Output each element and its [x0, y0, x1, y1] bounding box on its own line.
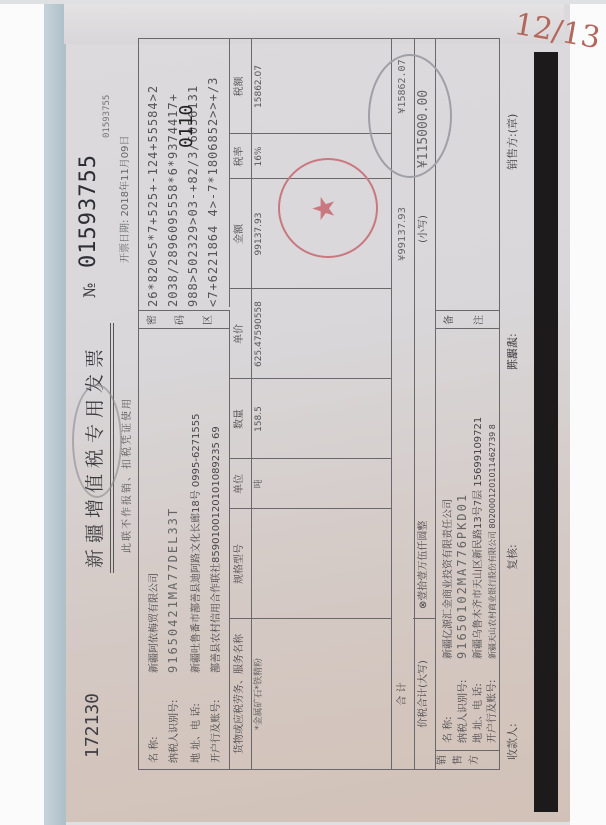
items-header: 货物或应税劳务、服务名称 规格型号 单位 数量 单价 金额 税率 税额 [229, 39, 252, 769]
supervision-seal [72, 384, 122, 498]
red-company-seal: ★ [278, 158, 378, 258]
invoice-number: 01593755 [76, 154, 101, 268]
issue-date: 开票日期: 2018年11月09日 [116, 136, 131, 263]
buyer-name: 名 称:新疆阿依梅贸有限公司 [145, 573, 160, 763]
number-label: № [80, 283, 99, 298]
page-margin-right [570, 4, 606, 825]
password-area-label: 密码区 [139, 310, 230, 329]
item-spec [251, 508, 391, 619]
items-body: *金属矿石*铁精粉 吨 158.5 625.47590558 99137.93 … [251, 39, 391, 769]
seller-tax-id: 纳税人识别号:91650102MA776PKD01 [454, 493, 469, 743]
buyer-bank: 开户行及账号:鄯善县农村信用合作联社8590100120101089235 69 [207, 426, 222, 763]
invoice-subtitle: 此联不作报销、扣税凭证使用 [118, 397, 133, 553]
remarks-label: 备注 [435, 310, 499, 329]
item-qty: 158.5 [251, 378, 391, 459]
item-unit: 吨 [251, 458, 391, 509]
buyer-tax-id: 纳税人识别号:91650421MA77DEL33T [165, 507, 180, 763]
handwritten-number: 0110 [176, 105, 197, 148]
invoice-code: 172130 [82, 693, 103, 758]
seller-bank: 开户行及账号:新疆天山农村商业银行股份有限公司 8020001201011462… [483, 424, 498, 743]
seller-address: 地 址、电 话:新疆乌鲁木齐市天山区新民路13号7层 15699109721 [469, 417, 484, 743]
item-unit-price: 625.47590558 [251, 288, 391, 379]
payee-label: 收款人: [504, 723, 520, 760]
buyer-section: 名 称:新疆阿依梅贸有限公司 纳税人识别号:91650421MA77DEL33T… [139, 328, 230, 769]
item-name: *金属矿石*铁精粉 [251, 618, 391, 769]
password-area: 26*820<5*7+525+-124+55584>2 2038/2896095… [143, 39, 230, 307]
reviewer-label: 复核: [504, 544, 520, 570]
invoice-number-small: 01593755 [102, 95, 112, 138]
seller-section: 销售方 名 称:新疆亿源汇金商业投资有限责任公司 纳税人识别号:91650102… [435, 328, 499, 769]
page-margin-left [0, 4, 46, 825]
seller-name: 名 称:新疆亿源汇金商业投资有限责任公司 [439, 499, 454, 743]
vat-invoice: 172130 新疆增值税专用发票 此联不作报销、扣税凭证使用 № 0159375… [68, 28, 538, 798]
seller-stamp-label: 销售方:(章) [504, 114, 520, 170]
buyer-address: 地 址、电 话:新疆吐鲁番市鄯善县迪阿路文化长廊18号 0995-6271555 [187, 414, 202, 764]
binder-edge [44, 4, 66, 825]
invoice-seal [368, 54, 452, 178]
